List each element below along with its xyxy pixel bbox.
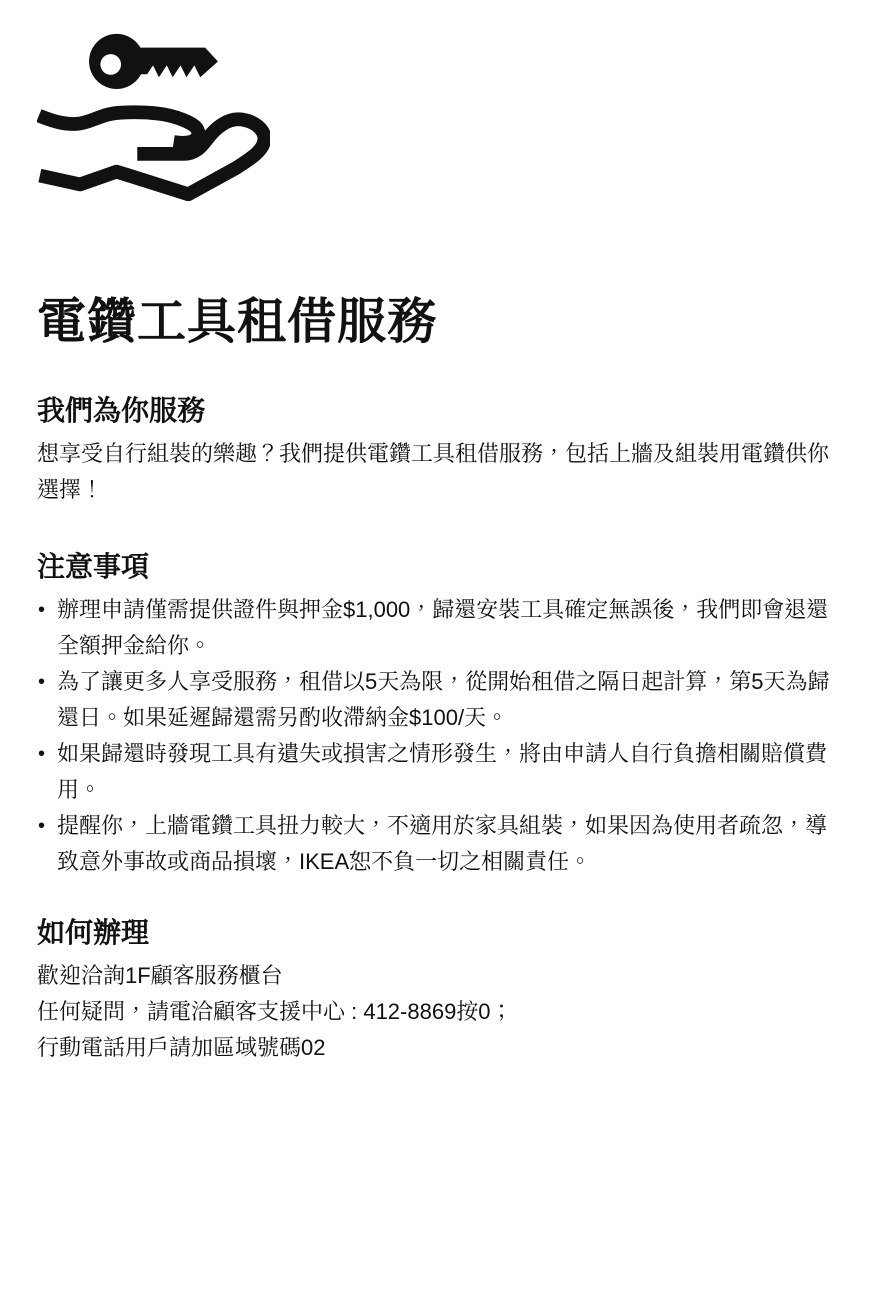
section-heading-service: 我們為你服務 [37,394,838,428]
section-heading-howto: 如何辦理 [37,916,838,950]
hand-offering-key-icon [37,28,270,210]
note-item-torque-warning: 提醒你，上牆電鑽工具扭力較大，不適用於家具組裝，如果因為使用者疏忽，導致意外事故… [37,808,838,880]
note-item-damage-liability: 如果歸還時發現工具有遺失或損害之情形發生，將由申請人自行負擔相關賠償費用。 [37,736,838,808]
page-content: 電鑽工具租借服務 我們為你服務 想享受自行組裝的樂趣？我們提供電鑽工具租借服務，… [0,0,875,1066]
page-title: 電鑽工具租借服務 [37,294,838,350]
howto-phone-line: 任何疑問，請電洽顧客支援中心 : 412-8869按0； [37,994,838,1030]
section-heading-notes: 注意事項 [37,550,838,584]
service-description: 想享受自行組裝的樂趣？我們提供電鑽工具租借服務，包括上牆及組裝用電鑽供你選擇！ [37,436,838,508]
note-item-rental-period: 為了讓更多人享受服務，租借以5天為限，從開始租借之隔日起計算，第5天為歸還日。如… [37,664,838,736]
note-item-deposit: 辦理申請僅需提供證件與押金$1,000，歸還安裝工具確定無誤後，我們即會退還全額… [37,592,838,664]
notes-list: 辦理申請僅需提供證件與押金$1,000，歸還安裝工具確定無誤後，我們即會退還全額… [37,592,838,880]
howto-areacode-line: 行動電話用戶請加區域號碼02 [37,1030,838,1066]
howto-counter-line: 歡迎洽詢1F顧客服務櫃台 [37,958,838,994]
service-info-page: 電鑽工具租借服務 我們為你服務 想享受自行組裝的樂趣？我們提供電鑽工具租借服務，… [0,0,875,1293]
